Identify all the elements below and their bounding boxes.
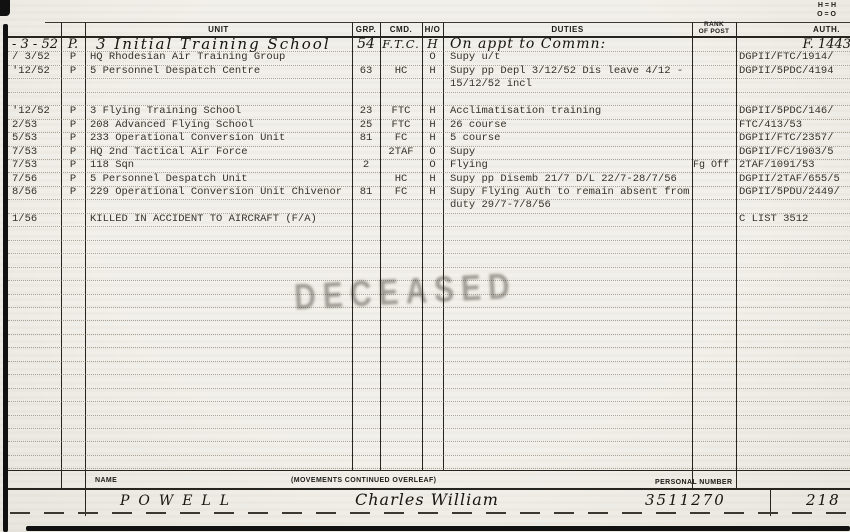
cell-date: '12/52 <box>8 65 62 79</box>
cell-authority <box>739 226 850 240</box>
cell-rank-of-post <box>693 65 736 79</box>
cell-movement-code <box>61 361 85 375</box>
scan-edge-left <box>3 24 8 532</box>
deceased-stamp: DECEASED <box>286 254 524 331</box>
cell-authority <box>739 307 850 321</box>
cell-authority: C LIST 3512 <box>739 213 850 227</box>
cell-unit: HQ Rhodesian Air Training Group <box>90 51 352 65</box>
cell-date <box>8 415 62 429</box>
cell-authority: DGPII/FC/1903/5 <box>739 146 850 160</box>
cell-duties: 26 course <box>450 119 692 133</box>
cell-movement-code <box>61 374 85 388</box>
cell-unit: 3 Initial Training School <box>96 38 358 52</box>
table-row <box>8 374 850 388</box>
cell-command <box>380 374 422 388</box>
cell-authority <box>739 455 850 469</box>
cell-duties <box>450 415 692 429</box>
col-header-rank-line2: OF POST <box>692 28 736 35</box>
cell-duties <box>450 428 692 442</box>
cell-rank-of-post <box>693 226 736 240</box>
cell-date: 5/53 <box>8 132 62 146</box>
cell-authority <box>739 199 850 213</box>
cell-movement-code <box>61 280 85 294</box>
cell-ho: H <box>422 119 443 133</box>
cell-authority: 2TAF/1091/53 <box>739 159 850 173</box>
table-row: 8/56 P 229 Operational Conversion Unit C… <box>8 186 850 200</box>
name-label: NAME <box>95 477 117 484</box>
cell-authority <box>739 294 850 308</box>
ho-code-legend: H = H O = O <box>817 1 836 19</box>
cell-authority <box>739 401 850 415</box>
cell-authority <box>739 253 850 267</box>
cell-duties: Supy u/t <box>450 51 692 65</box>
cell-command <box>380 240 422 254</box>
cell-rank-of-post <box>693 347 736 361</box>
cell-movement-code <box>61 307 85 321</box>
cell-command <box>380 226 422 240</box>
cell-ho <box>422 347 443 361</box>
cell-group: 54 <box>352 38 380 52</box>
cell-movement-code <box>61 199 85 213</box>
cell-date <box>8 267 62 281</box>
cell-rank-of-post <box>693 132 736 146</box>
cell-date <box>8 428 62 442</box>
cell-ho <box>422 213 443 227</box>
cell-command <box>380 415 422 429</box>
cell-duties <box>450 455 692 469</box>
cell-authority <box>739 442 850 456</box>
cell-ho <box>422 442 443 456</box>
cell-duties: 15/12/52 incl <box>450 78 692 92</box>
table-row: - 3 - 52 P. 3 Initial Training School 54… <box>8 38 850 52</box>
cell-date <box>8 240 62 254</box>
cell-rank-of-post <box>693 186 736 200</box>
cell-group <box>352 51 380 65</box>
table-row: '12/52 P 5 Personnel Despatch Centre 63 … <box>8 65 850 79</box>
cell-ho <box>422 334 443 348</box>
cell-authority <box>739 280 850 294</box>
cell-command <box>380 199 422 213</box>
cell-unit: KILLED IN ACCIDENT TO AIRCRAFT (F/A) <box>90 213 352 227</box>
cell-movement-code <box>61 428 85 442</box>
table-row <box>8 415 850 429</box>
cell-movement-code <box>61 442 85 456</box>
cell-command: FTC <box>380 105 422 119</box>
cell-rank-of-post <box>693 455 736 469</box>
cell-unit: 5 Personnel Despatch Unit <box>90 173 352 187</box>
cell-unit: 229 Operational Conversion Unit Chivenor <box>90 186 352 200</box>
cell-rank-of-post <box>693 213 736 227</box>
table-row: 7/56 P 5 Personnel Despatch Unit HC H Su… <box>8 173 850 187</box>
cell-group <box>352 374 380 388</box>
cell-authority <box>739 320 850 334</box>
cell-movement-code: P <box>61 105 85 119</box>
cell-ho: O <box>422 146 443 160</box>
cell-date: 8/56 <box>8 186 62 200</box>
cell-rank-of-post <box>693 280 736 294</box>
cell-rank-of-post <box>693 428 736 442</box>
cell-group <box>352 240 380 254</box>
cell-authority: DGPII/5PDU/2449/ <box>739 186 850 200</box>
col-header-duties: DUTIES <box>443 25 692 34</box>
cell-unit <box>90 361 352 375</box>
cell-movement-code: P <box>61 51 85 65</box>
table-row <box>8 442 850 456</box>
cell-group <box>352 213 380 227</box>
cell-duties: 5 course <box>450 132 692 146</box>
cell-date <box>8 307 62 321</box>
cell-group: 81 <box>352 132 380 146</box>
cell-ho: H <box>422 65 443 79</box>
cell-date: '12/52 <box>8 105 62 119</box>
cell-command <box>380 347 422 361</box>
cell-rank-of-post <box>693 388 736 402</box>
cell-duties: duty 29/7-7/8/56 <box>450 199 692 213</box>
legend-line-h: H = H <box>817 1 836 10</box>
cell-duties <box>450 92 692 106</box>
cell-group: 23 <box>352 105 380 119</box>
table-row: 1/56 KILLED IN ACCIDENT TO AIRCRAFT (F/A… <box>8 213 850 227</box>
cell-date <box>8 442 62 456</box>
cell-authority: F. 1443 <box>739 38 850 52</box>
cell-group <box>352 347 380 361</box>
cell-unit <box>90 428 352 442</box>
cell-ho <box>422 92 443 106</box>
cell-command: 2TAF <box>380 146 422 160</box>
cell-duties: Supy <box>450 146 692 160</box>
cell-ho <box>422 78 443 92</box>
scan-blob-top-left <box>0 0 10 16</box>
cell-command <box>380 428 422 442</box>
cell-date: 7/53 <box>8 146 62 160</box>
cell-duties <box>450 388 692 402</box>
table-row: 2/53 P 208 Advanced Flying School 25 FTC… <box>8 119 850 133</box>
cell-ho <box>422 388 443 402</box>
cell-movement-code: P <box>61 186 85 200</box>
cell-unit <box>90 334 352 348</box>
table-row <box>8 334 850 348</box>
cell-movement-code <box>61 347 85 361</box>
cell-rank-of-post <box>693 92 736 106</box>
forenames-value: Charles William <box>355 490 499 509</box>
table-row <box>8 347 850 361</box>
cell-command: FC <box>380 132 422 146</box>
cell-movement-code: P <box>61 146 85 160</box>
cell-unit <box>90 388 352 402</box>
cell-ho: H <box>422 186 443 200</box>
cell-duties: Supy pp Depl 3/12/52 Dis leave 4/12 - <box>450 65 692 79</box>
scan-edge-bottom <box>26 526 850 531</box>
cell-rank-of-post <box>693 51 736 65</box>
cell-group <box>352 199 380 213</box>
cell-ho: O <box>422 159 443 173</box>
cell-rank-of-post <box>693 442 736 456</box>
cell-authority <box>739 374 850 388</box>
cell-group <box>352 226 380 240</box>
cell-authority <box>739 240 850 254</box>
table-row <box>8 428 850 442</box>
cell-duties: On appt to Commn: <box>450 38 692 52</box>
cell-group <box>352 428 380 442</box>
cell-date: / 3/52 <box>8 51 62 65</box>
cell-unit <box>90 226 352 240</box>
table-body: - 3 - 52 P. 3 Initial Training School 54… <box>0 38 850 469</box>
table-row <box>8 361 850 375</box>
cell-command <box>380 334 422 348</box>
table-row <box>8 226 850 240</box>
cell-command <box>380 159 422 173</box>
col-header-unit: UNIT <box>85 25 352 34</box>
cell-ho <box>422 374 443 388</box>
cell-ho: H <box>422 38 443 52</box>
cell-group <box>352 334 380 348</box>
cell-command <box>380 455 422 469</box>
cell-unit <box>90 442 352 456</box>
cell-authority <box>739 92 850 106</box>
cell-movement-code <box>61 226 85 240</box>
legend-line-o: O = O <box>817 10 836 19</box>
cell-rank-of-post <box>693 253 736 267</box>
cell-rank-of-post <box>693 415 736 429</box>
cell-group: 25 <box>352 119 380 133</box>
cell-date <box>8 78 62 92</box>
cell-unit: HQ 2nd Tactical Air Force <box>90 146 352 160</box>
table-row <box>8 401 850 415</box>
cell-duties <box>450 213 692 227</box>
cell-date <box>8 334 62 348</box>
cell-command: FC <box>380 186 422 200</box>
cell-unit <box>90 240 352 254</box>
cell-authority <box>739 78 850 92</box>
cell-date: 2/53 <box>8 119 62 133</box>
cell-duties: Supy pp Disemb 21/7 D/L 22/7-28/7/56 <box>450 173 692 187</box>
cell-command <box>380 51 422 65</box>
cell-ho: O <box>422 51 443 65</box>
cell-group: 2 <box>352 159 380 173</box>
cell-authority <box>739 347 850 361</box>
cell-rank-of-post <box>693 361 736 375</box>
table-row: 15/12/52 incl <box>8 78 850 92</box>
cell-command: HC <box>380 65 422 79</box>
cell-command <box>380 361 422 375</box>
cell-date: 1/56 <box>8 213 62 227</box>
table-row: 5/53 P 233 Operational Conversion Unit 8… <box>8 132 850 146</box>
table-row <box>8 388 850 402</box>
cell-rank-of-post <box>693 307 736 321</box>
movements-continued-label: (MOVEMENTS CONTINUED OVERLEAF) <box>291 477 436 484</box>
cell-date <box>8 347 62 361</box>
cell-authority: DGPII/FTC/1914/ <box>739 51 850 65</box>
cell-ho <box>422 455 443 469</box>
cell-rank-of-post <box>693 240 736 254</box>
page-number-value: 218 <box>806 491 841 509</box>
cell-unit <box>90 92 352 106</box>
cell-group <box>352 146 380 160</box>
cell-duties <box>450 240 692 254</box>
cell-duties <box>450 401 692 415</box>
col-header-rank-line1: RANK <box>692 21 736 28</box>
cell-rank-of-post <box>693 334 736 348</box>
cell-date <box>8 374 62 388</box>
cell-rank-of-post <box>693 119 736 133</box>
cell-duties <box>450 361 692 375</box>
table-row <box>8 455 850 469</box>
cell-ho <box>422 428 443 442</box>
cell-movement-code <box>61 320 85 334</box>
cell-authority <box>739 361 850 375</box>
cell-unit: 3 Flying Training School <box>90 105 352 119</box>
col-header-auth: AUTH. <box>736 25 840 34</box>
cell-duties <box>450 334 692 348</box>
cell-ho <box>422 401 443 415</box>
cell-group: 63 <box>352 65 380 79</box>
cell-date <box>8 401 62 415</box>
surname-value: POWELL <box>120 493 238 509</box>
cell-ho <box>422 415 443 429</box>
personal-number-value: 3511270 <box>645 491 726 509</box>
cell-movement-code <box>61 213 85 227</box>
cell-rank-of-post <box>693 146 736 160</box>
cell-movement-code: P. <box>61 38 85 52</box>
cell-group <box>352 173 380 187</box>
cell-duties: Supy Flying Auth to remain absent from <box>450 186 692 200</box>
cell-command <box>380 442 422 456</box>
service-record-card: H = H O = O UNIT GRP. CMD. H/O DUTIES RA… <box>0 0 850 532</box>
table-row <box>8 92 850 106</box>
cell-ho <box>422 361 443 375</box>
cell-rank-of-post <box>693 320 736 334</box>
cell-rank-of-post <box>693 105 736 119</box>
cell-authority <box>739 388 850 402</box>
cell-movement-code <box>61 92 85 106</box>
cell-date: - 3 - 52 <box>8 38 62 52</box>
cell-authority: DGPII/2TAF/655/5 <box>739 173 850 187</box>
cell-rank-of-post <box>693 173 736 187</box>
cell-ho: H <box>422 173 443 187</box>
cell-date <box>8 455 62 469</box>
cell-movement-code: P <box>61 159 85 173</box>
cell-group <box>352 78 380 92</box>
cell-unit <box>90 199 352 213</box>
cell-rank-of-post <box>693 78 736 92</box>
cell-authority <box>739 428 850 442</box>
personal-number-label: PERSONAL NUMBER <box>655 479 732 486</box>
cell-ho <box>422 226 443 240</box>
cell-unit: 208 Advanced Flying School <box>90 119 352 133</box>
cell-authority: DGPII/FTC/2357/ <box>739 132 850 146</box>
cell-group <box>352 401 380 415</box>
cell-rank-of-post <box>693 267 736 281</box>
cell-unit: 233 Operational Conversion Unit <box>90 132 352 146</box>
cell-date <box>8 388 62 402</box>
cell-command <box>380 92 422 106</box>
cell-rank-of-post: Fg Off <box>693 159 736 173</box>
cell-unit: 5 Personnel Despatch Centre <box>90 65 352 79</box>
cell-unit <box>90 78 352 92</box>
cell-unit <box>90 415 352 429</box>
table-row <box>8 240 850 254</box>
cell-date <box>8 294 62 308</box>
cell-movement-code <box>61 253 85 267</box>
cell-command: HC <box>380 173 422 187</box>
cell-movement-code <box>61 334 85 348</box>
cell-authority: DGPII/5PDC/146/ <box>739 105 850 119</box>
cell-movement-code <box>61 240 85 254</box>
cell-duties <box>450 442 692 456</box>
cell-date <box>8 361 62 375</box>
cell-command: FTC <box>380 119 422 133</box>
cell-movement-code <box>61 267 85 281</box>
cell-movement-code: P <box>61 173 85 187</box>
cell-movement-code <box>61 388 85 402</box>
cell-duties <box>450 374 692 388</box>
footer-top-rule <box>8 470 850 471</box>
cell-command: F.T.C. <box>380 38 422 52</box>
cell-movement-code <box>61 455 85 469</box>
cell-date: 7/53 <box>8 159 62 173</box>
cell-group <box>352 455 380 469</box>
col-header-ho: H/O <box>422 25 443 34</box>
cell-authority <box>739 267 850 281</box>
cell-command <box>380 78 422 92</box>
cell-date <box>8 92 62 106</box>
cell-movement-code: P <box>61 132 85 146</box>
cell-authority: FTC/413/53 <box>739 119 850 133</box>
cell-duties <box>450 320 692 334</box>
cell-rank-of-post <box>693 199 736 213</box>
cell-date: 7/56 <box>8 173 62 187</box>
cell-group <box>352 388 380 402</box>
cell-command <box>380 388 422 402</box>
cell-authority <box>739 334 850 348</box>
cell-group <box>352 92 380 106</box>
table-row: duty 29/7-7/8/56 <box>8 199 850 213</box>
cell-rank-of-post <box>693 38 736 52</box>
cell-unit <box>90 374 352 388</box>
cell-ho <box>422 199 443 213</box>
cell-ho: H <box>422 132 443 146</box>
cell-authority: DGPII/5PDC/4194 <box>739 65 850 79</box>
cell-date <box>8 199 62 213</box>
cell-unit <box>90 401 352 415</box>
cell-group <box>352 415 380 429</box>
table-row: 7/53 P 118 Sqn 2 O Flying Fg Off 2TAF/10… <box>8 159 850 173</box>
table-row: / 3/52 P HQ Rhodesian Air Training Group… <box>8 51 850 65</box>
cell-unit <box>90 347 352 361</box>
cell-duties: Flying <box>450 159 692 173</box>
cell-movement-code <box>61 294 85 308</box>
cell-unit: 118 Sqn <box>90 159 352 173</box>
cell-group <box>352 361 380 375</box>
col-header-cmd: CMD. <box>380 25 422 34</box>
cell-rank-of-post <box>693 401 736 415</box>
cell-date <box>8 320 62 334</box>
cell-rank-of-post <box>693 294 736 308</box>
cell-movement-code <box>61 401 85 415</box>
col-header-grp: GRP. <box>352 25 380 34</box>
cell-date <box>8 280 62 294</box>
cell-ho <box>422 240 443 254</box>
cell-movement-code <box>61 415 85 429</box>
handwriting-baseline <box>10 512 848 514</box>
cell-date <box>8 253 62 267</box>
cell-group <box>352 442 380 456</box>
cell-movement-code: P <box>61 65 85 79</box>
cell-date <box>8 226 62 240</box>
cell-movement-code <box>61 78 85 92</box>
cell-authority <box>739 415 850 429</box>
table-row: '12/52 P 3 Flying Training School 23 FTC… <box>8 105 850 119</box>
